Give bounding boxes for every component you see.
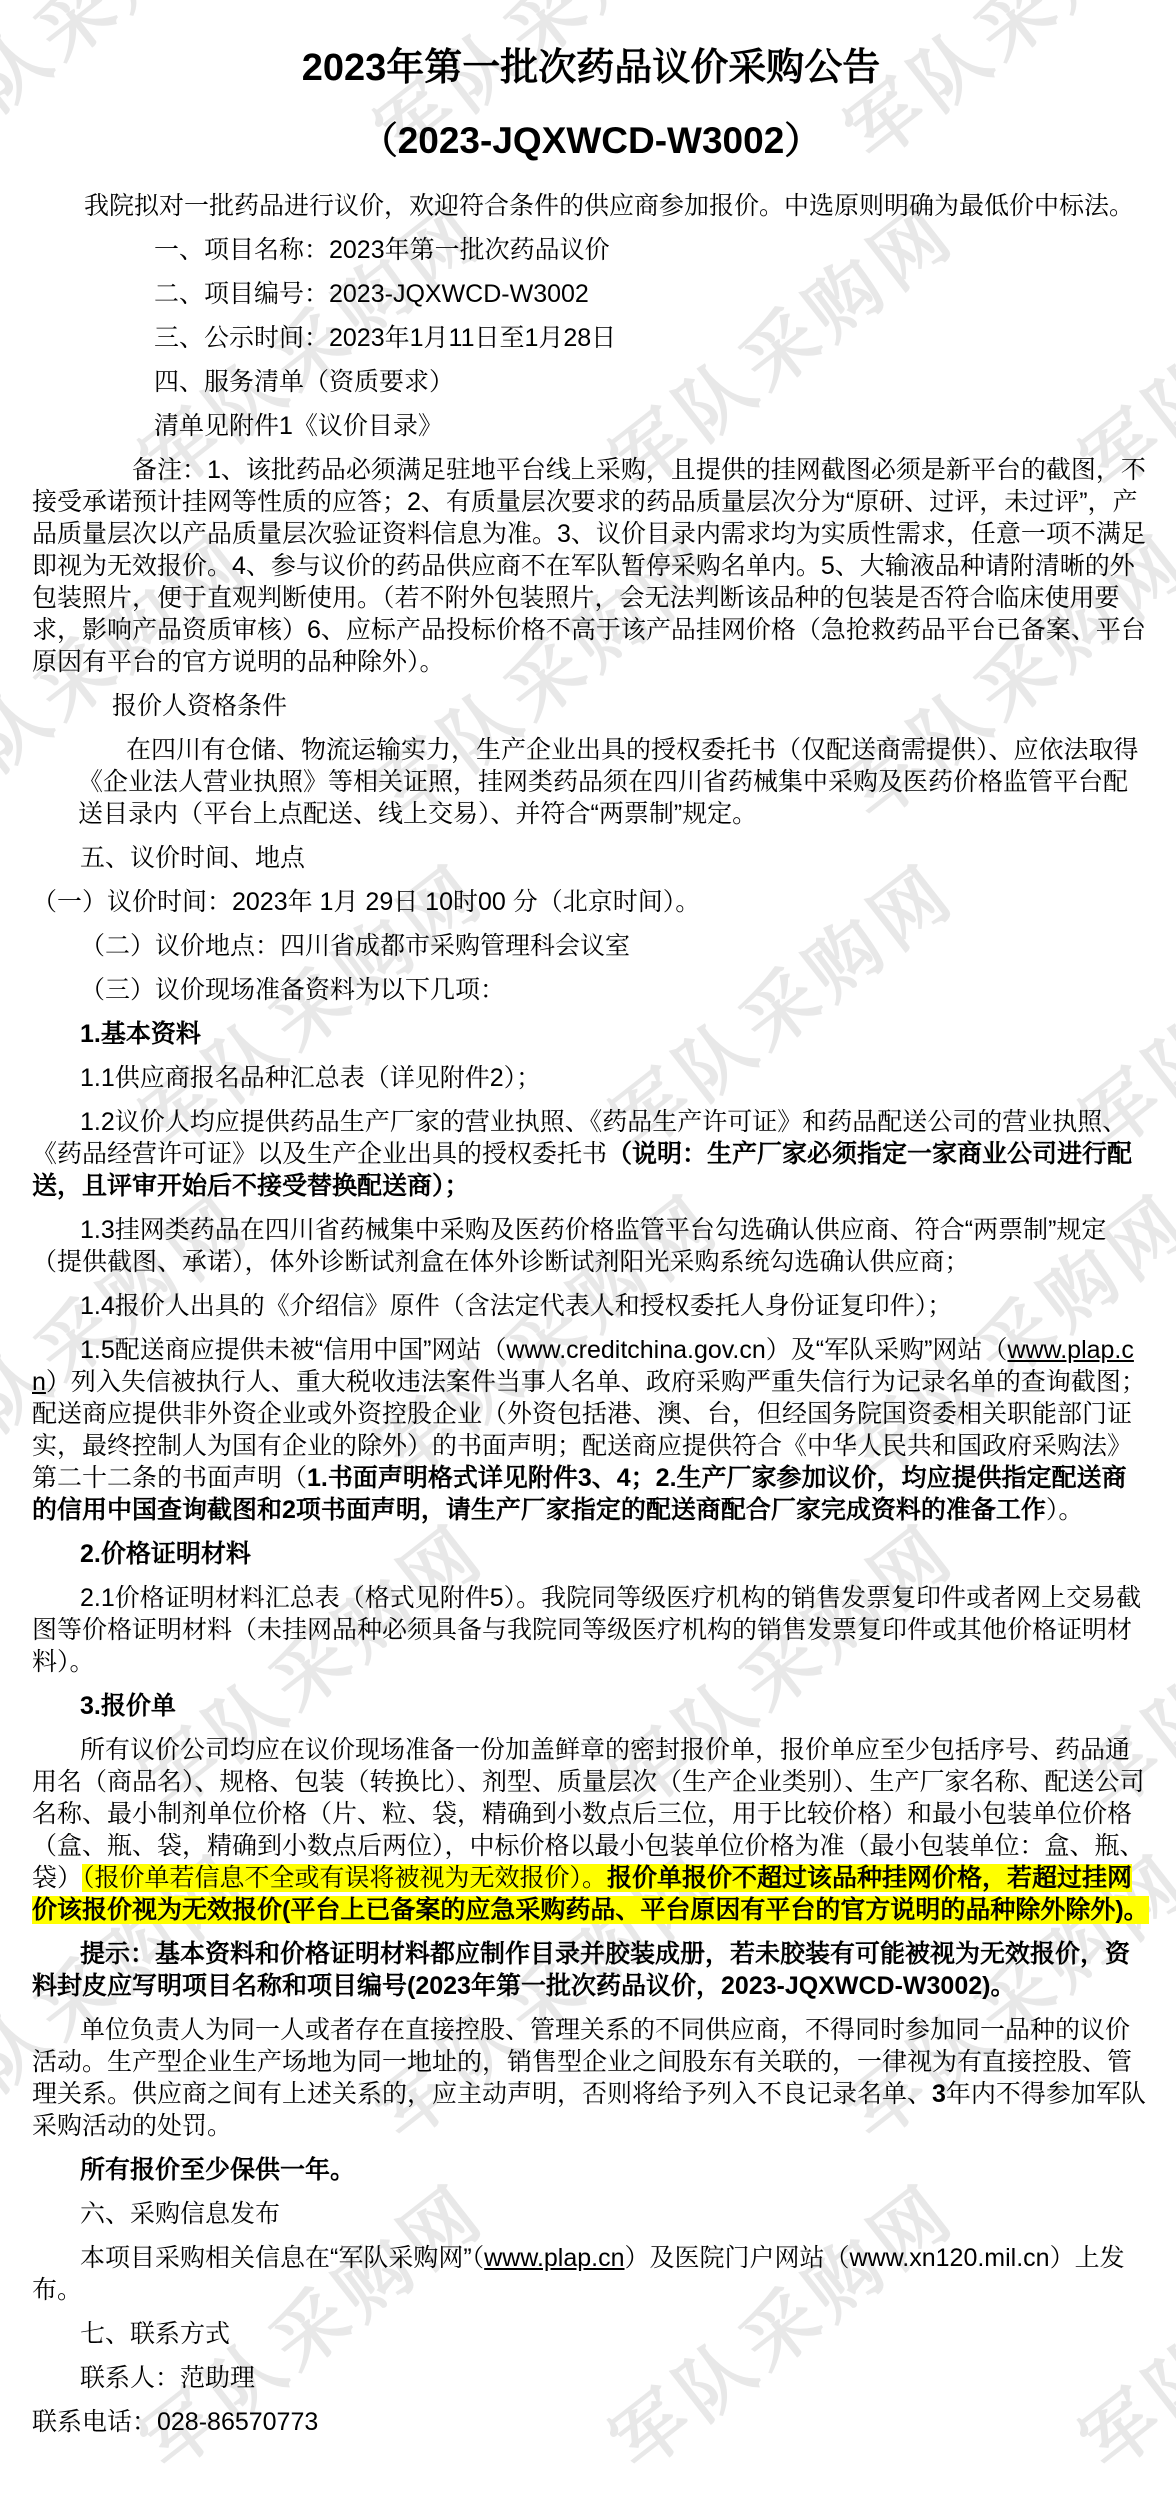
- price-materials-item: 2.1价格证明材料汇总表（格式见附件5）。我院同等级医疗机构的销售发票复印件或者…: [32, 1582, 1150, 1678]
- remark-paragraph: 备注：1、该批药品必须满足驻地平台线上采购，且提供的挂网截图必须是新平台的截图，…: [32, 454, 1150, 678]
- credit-item: 1.5配送商应提供未被“信用中国”网站（www.creditchina.gov.…: [32, 1334, 1150, 1526]
- section-project-name: 一、项目名称：2023年第一批次药品议价: [32, 234, 1150, 266]
- supplier-summary-item: 1.1供应商报名品种汇总表（详见附件2）；: [32, 1062, 1150, 1094]
- contact-name: 联系人：范助理: [32, 2362, 1150, 2394]
- info-release-text-a: 本项目采购相关信息在“军队采购网”（: [80, 2244, 484, 2272]
- credit-item-text-c: ）。: [1046, 1496, 1084, 1524]
- section-info-release: 六、采购信息发布: [32, 2198, 1150, 2230]
- quotation-title: 3.报价单: [32, 1690, 1150, 1722]
- introduction-letter-item: 1.4报价人出具的《介绍信》原件（含法定代表人和授权委托人身份证复印件）；: [32, 1290, 1150, 1322]
- quotation-paragraph: 所有议价公司均应在议价现场准备一份加盖鲜章的密封报价单，报价单应至少包括序号、药…: [32, 1734, 1150, 1926]
- intro-paragraph: 我院拟对一批药品进行议价，欢迎符合条件的供应商参加报价。中选原则明确为最低价中标…: [32, 190, 1150, 222]
- doc-title: 2023年第一批次药品议价采购公告: [32, 44, 1150, 92]
- attachment-note: 清单见附件1《议价目录》: [32, 410, 1150, 442]
- section-service-list: 四、服务清单（资质要求）: [32, 366, 1150, 398]
- platform-confirm-item: 1.3挂网类药品在四川省药械集中采购及医药价格监管平台勾选确认供应商、符合“两票…: [32, 1214, 1150, 1278]
- plap-link-2[interactable]: www.plap.cn: [484, 2244, 624, 2272]
- contact-phone: 联系电话：028-86570773: [32, 2406, 1150, 2438]
- info-release-paragraph: 本项目采购相关信息在“军队采购网”（www.plap.cn）及医院门户网站（ww…: [32, 2242, 1150, 2306]
- negotiation-time: （一）议价时间：2023年 1月 29日 10时00 分（北京时间）。: [32, 886, 1150, 918]
- announcement-page: 军队采购网军队采购网军队采购网军队采购网军队采购网军队采购网军队采购网军队采购网…: [0, 0, 1176, 2500]
- announcement-content: 2023年第一批次药品议价采购公告 （2023-JQXWCD-W3002） 我院…: [32, 44, 1150, 2438]
- doc-number: （2023-JQXWCD-W3002）: [32, 118, 1150, 164]
- section-contact: 七、联系方式: [32, 2318, 1150, 2350]
- price-materials-title: 2.价格证明材料: [32, 1538, 1150, 1570]
- tip-paragraph: 提示：基本资料和价格证明材料都应制作目录并胶装成册，若未胶装有可能被视为无效报价…: [32, 1938, 1150, 2002]
- section-time-place: 五、议价时间、地点: [32, 842, 1150, 874]
- license-item: 1.2议价人均应提供药品生产厂家的营业执照、《药品生产许可证》和药品配送公司的营…: [32, 1106, 1150, 1202]
- section-project-number: 二、项目编号：2023-JQXWCD-W3002: [32, 278, 1150, 310]
- relationship-bold-number: 3: [932, 2080, 946, 2108]
- credit-item-text-a: 1.5配送商应提供未被“信用中国”网站（www.creditchina.gov.…: [80, 1336, 1007, 1364]
- invalid-quote-highlight: （报价单若信息不全或有误将被视为无效报价）。: [82, 1864, 607, 1892]
- basic-materials-title: 1.基本资料: [32, 1018, 1150, 1050]
- negotiation-materials-intro: （三）议价现场准备资料为以下几项：: [32, 974, 1150, 1006]
- qualification-paragraph: 在四川有仓储、物流运输实力，生产企业出具的授权委托书（仅配送商需提供）、应依法取…: [78, 734, 1150, 830]
- negotiation-place: （二）议价地点：四川省成都市采购管理科会议室: [32, 930, 1150, 962]
- warranty-note: 所有报价至少保供一年。: [32, 2154, 1150, 2186]
- qualification-title: 报价人资格条件: [32, 690, 1150, 722]
- section-publicity-period: 三、公示时间：2023年1月11日至1月28日: [32, 322, 1150, 354]
- relationship-paragraph: 单位负责人为同一人或者存在直接控股、管理关系的不同供应商，不得同时参加同一品种的…: [32, 2014, 1150, 2142]
